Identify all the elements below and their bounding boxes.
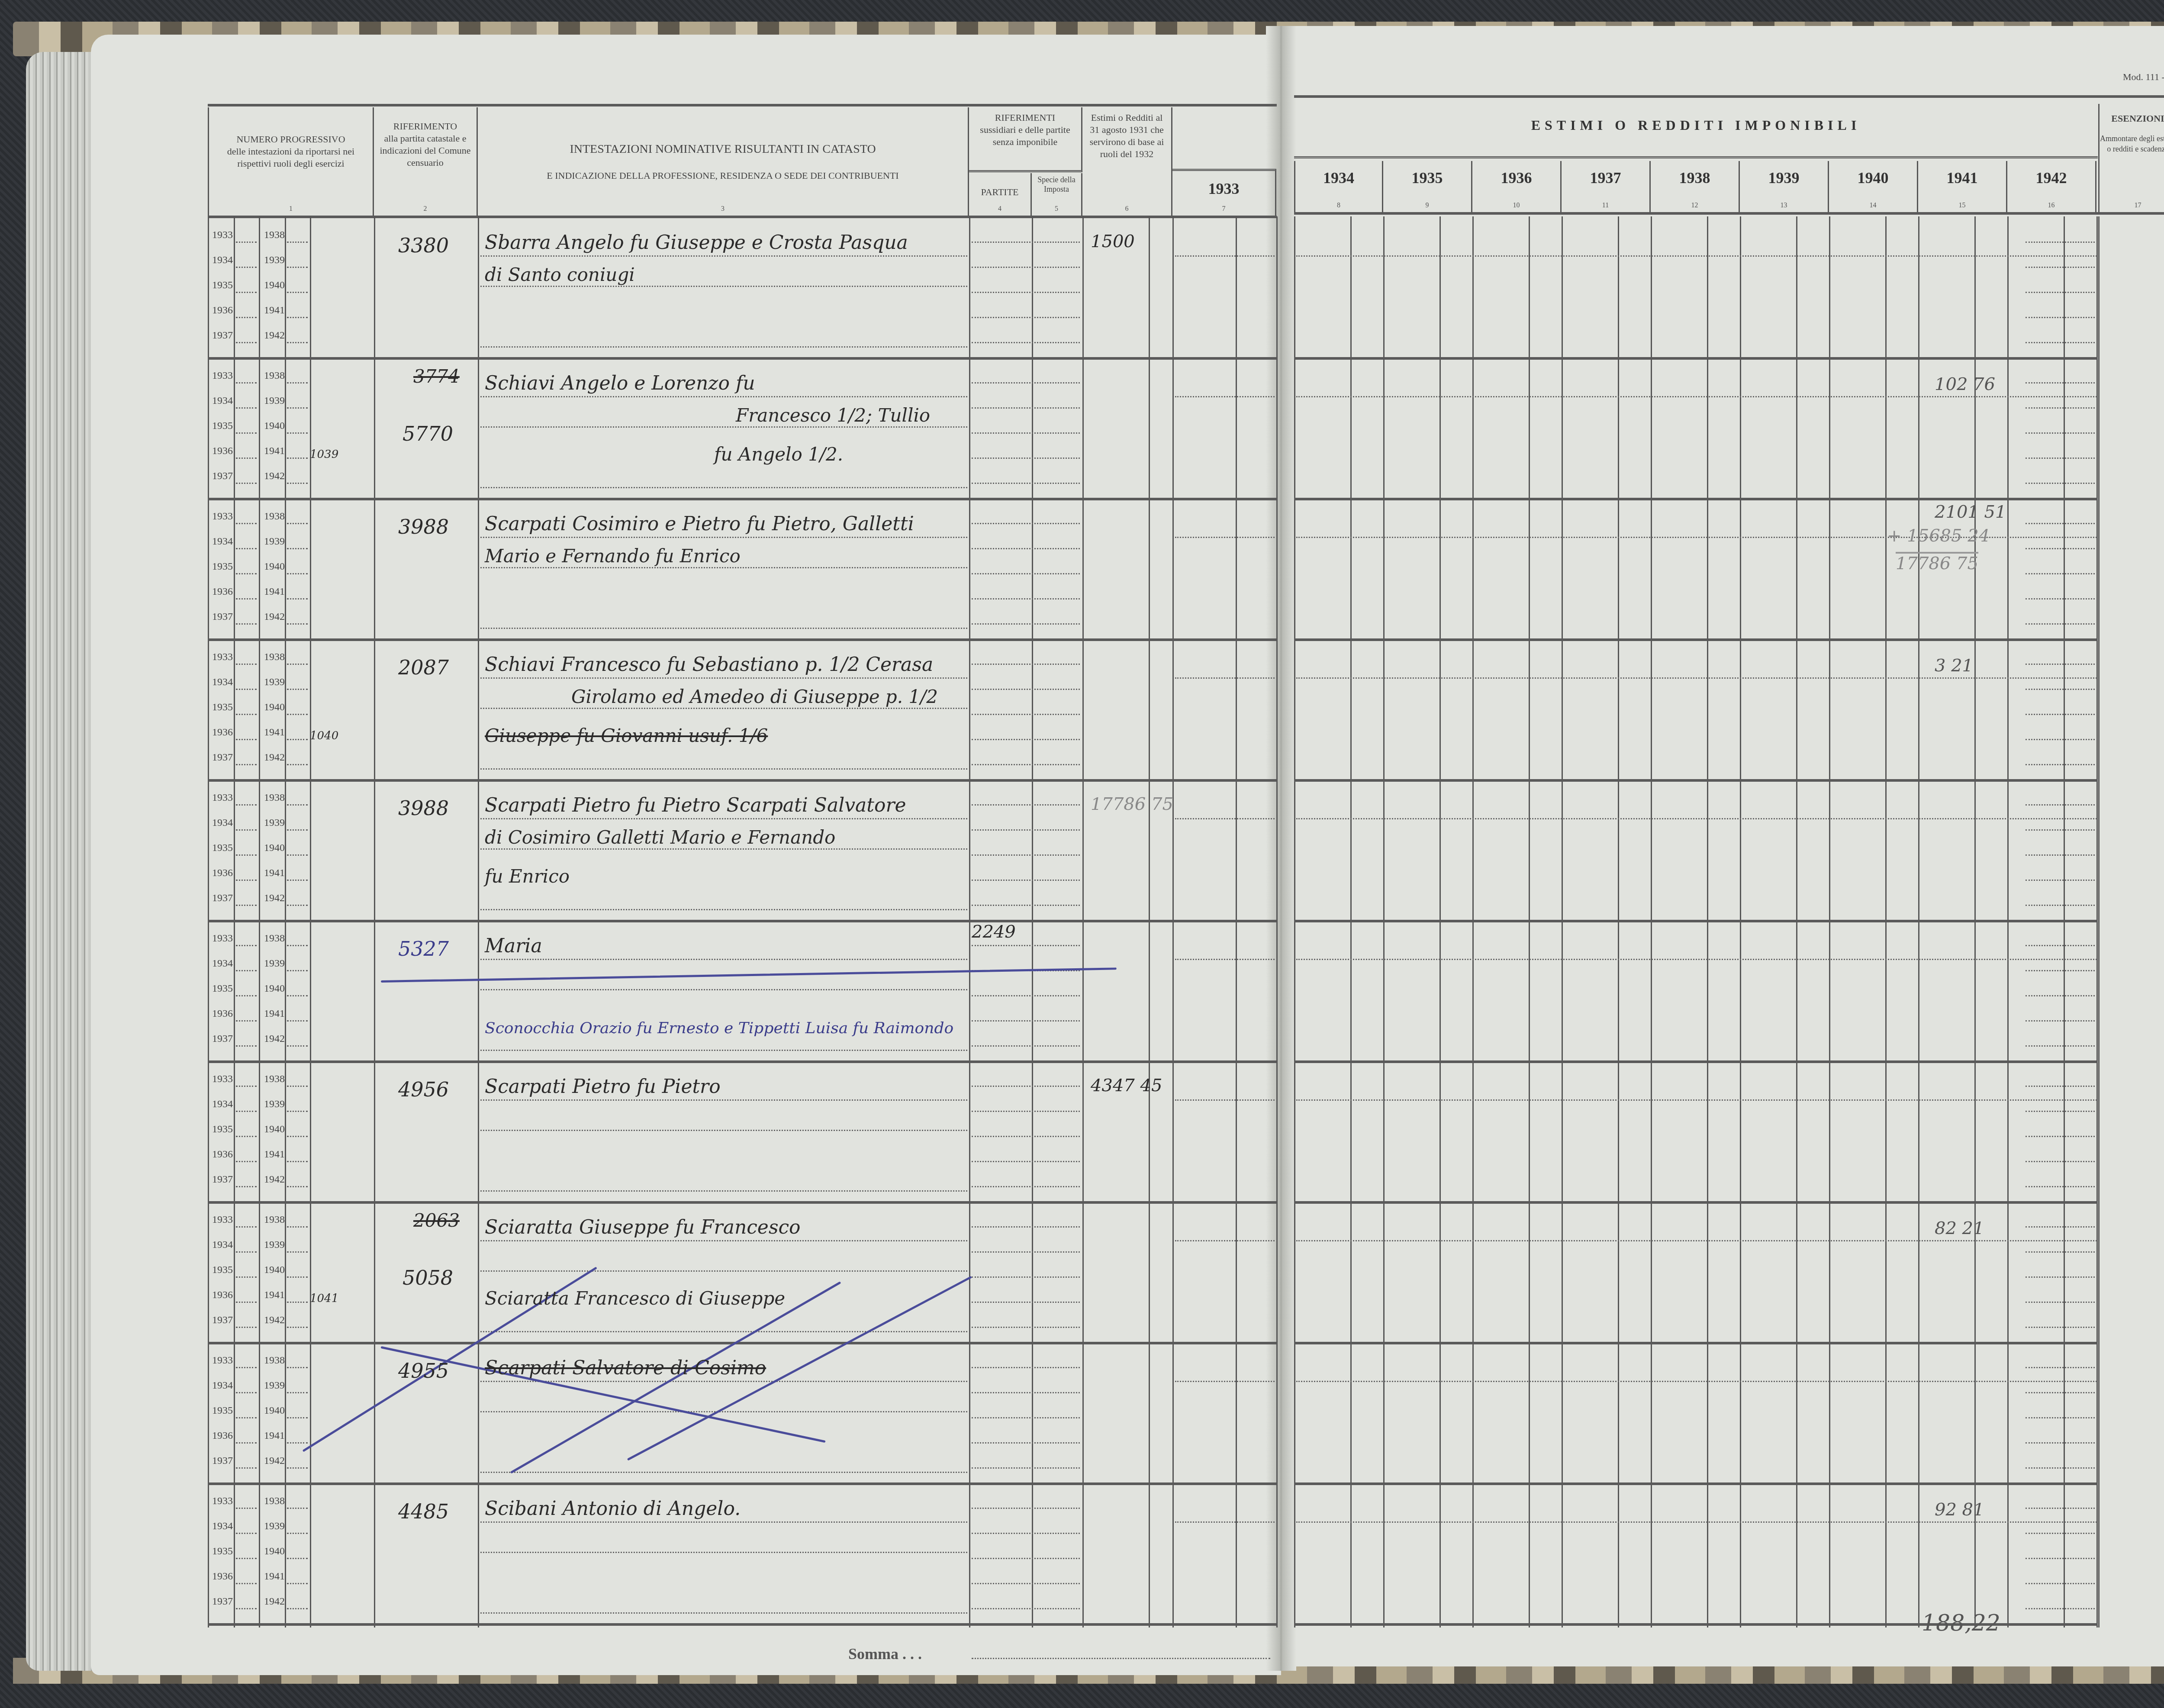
year-label-right: 1940 (264, 420, 285, 432)
leader-dots (2026, 382, 2095, 383)
year-label-left: 1937 (212, 1315, 233, 1326)
name-rule (480, 959, 967, 960)
leader-dots (972, 739, 1080, 740)
name-rule (480, 989, 967, 990)
leader-dots (236, 1111, 257, 1112)
amount-rule (1175, 255, 1275, 257)
partita-number: 2087 (398, 656, 449, 679)
leader-dots (236, 1442, 257, 1444)
intestazione-line-3: Sciaratta Francesco di Giuseppe (485, 1288, 785, 1309)
year-label-left: 1936 (212, 445, 233, 457)
leader-dots (972, 995, 1080, 996)
leader-dots (236, 623, 257, 625)
leader-dots (2026, 764, 2095, 765)
leader-dots (287, 1045, 308, 1047)
partita-number: 4485 (398, 1500, 449, 1523)
leader-dots (287, 573, 308, 574)
year-label-right: 1938 (264, 651, 285, 663)
leader-dots (287, 1417, 308, 1418)
leader-dots (287, 1302, 308, 1303)
leader-dots (236, 854, 257, 856)
amount-rule (1296, 1381, 2097, 1382)
year-label-left: 1935 (212, 983, 233, 995)
leader-dots (236, 523, 257, 524)
year-label-right: 1940 (264, 1264, 285, 1276)
leader-dots (972, 458, 1080, 459)
year-label-right: 1941 (264, 1289, 285, 1301)
name-rule (480, 708, 967, 709)
year-label-left: 1935 (212, 280, 233, 291)
row-separator (208, 638, 1277, 641)
year-label-right: 1942 (264, 1174, 285, 1186)
year-label-right: 1940 (264, 702, 285, 713)
year-label-right: 1942 (264, 1596, 285, 1608)
leader-dots (2026, 317, 2095, 318)
name-rule (480, 909, 967, 910)
leader-dots (2026, 598, 2095, 599)
row-separator (208, 1060, 1277, 1063)
leader-dots (2026, 432, 2095, 434)
leader-dots (972, 804, 1080, 806)
year-label-right: 1939 (264, 1380, 285, 1392)
leader-dots (236, 342, 257, 343)
leader-dots (236, 739, 257, 740)
year-label-right: 1941 (264, 1430, 285, 1442)
amount-rule (1175, 1521, 1275, 1523)
amount-1941-total: 17786 75 (1896, 552, 1978, 574)
partita-number: 5327 (398, 937, 449, 960)
leader-dots (972, 1367, 1080, 1368)
year-label-left: 1936 (212, 1289, 233, 1301)
header-year-1935: 19359 (1383, 161, 1472, 212)
year-label-left: 1935 (212, 1124, 233, 1135)
leader-dots (2026, 880, 2095, 881)
leader-dots (2026, 970, 2095, 971)
row-separator (1294, 1482, 2098, 1485)
leader-dots (2026, 1111, 2095, 1112)
leader-dots (972, 1442, 1080, 1444)
leader-dots (236, 598, 257, 599)
leader-dots (2026, 854, 2095, 856)
leader-dots (972, 1417, 1080, 1418)
form-title: Mod. 111 - Imposte Dirette (Intercalare)… (2123, 71, 2164, 83)
amount-rule (1175, 677, 1275, 679)
year-label-right: 1940 (264, 1546, 285, 1557)
leader-dots (972, 1533, 1080, 1534)
row-separator (208, 920, 1277, 922)
leader-dots (287, 1508, 308, 1509)
leader-dots (2026, 1226, 2095, 1228)
year-label-right: 1939 (264, 536, 285, 548)
leader-dots (2026, 407, 2095, 409)
year-label-left: 1934 (212, 395, 233, 407)
partita-struck: 2063 (413, 1210, 460, 1231)
name-rule (480, 628, 967, 629)
year-label-left: 1934 (212, 677, 233, 688)
year-label-right: 1941 (264, 1571, 285, 1582)
intestazione-line-1: Sbarra Angelo fu Giuseppe e Crosta Pasqu… (485, 232, 908, 254)
leader-dots (972, 432, 1080, 434)
leader-dots (2026, 1276, 2095, 1278)
leader-dots (972, 548, 1080, 549)
name-rule (480, 848, 967, 850)
leader-dots (287, 342, 308, 343)
amount-rule (1175, 1240, 1275, 1241)
name-rule (480, 768, 967, 770)
name-rule (480, 1240, 967, 1241)
row-separator (208, 1482, 1277, 1485)
leader-dots (236, 1392, 257, 1393)
leader-dots (236, 382, 257, 383)
leader-dots (287, 689, 308, 690)
year-label-right: 1940 (264, 561, 285, 573)
leader-dots (287, 1086, 308, 1087)
leader-dots (287, 292, 308, 293)
leader-dots (287, 523, 308, 524)
leader-dots (2026, 342, 2095, 343)
year-label-left: 1935 (212, 1264, 233, 1276)
leader-dots (287, 1136, 308, 1137)
estimo-1931: 17786 75 (1091, 794, 1173, 814)
name-rule (480, 567, 967, 568)
amount-rule (1296, 396, 2097, 397)
amount-rule (1296, 1240, 2097, 1241)
book-gutter (1266, 26, 1296, 1671)
leader-dots (972, 1045, 1080, 1047)
leader-dots (2026, 1086, 2095, 1087)
leader-dots (2026, 458, 2095, 459)
year-label-left: 1936 (212, 586, 233, 598)
name-rule (480, 1521, 967, 1523)
leader-dots (287, 1020, 308, 1022)
name-rule (480, 1612, 967, 1614)
amount-1941: 2101 51 (1935, 502, 2006, 522)
year-label-left: 1933 (212, 1495, 233, 1507)
leader-dots (287, 764, 308, 765)
intestazione-line-3: Giuseppe fu Giovanni usuf. 1/6 (485, 725, 768, 746)
leader-dots (287, 1392, 308, 1393)
leader-dots (236, 714, 257, 715)
year-label-right: 1938 (264, 933, 285, 944)
year-label-left: 1933 (212, 1214, 233, 1226)
year-label-left: 1934 (212, 1099, 233, 1110)
leader-dots (2026, 548, 2095, 549)
name-rule (480, 1472, 967, 1473)
leader-dots (972, 689, 1080, 690)
side-number: 1040 (310, 729, 338, 742)
year-label-left: 1937 (212, 1174, 233, 1186)
year-label-left: 1935 (212, 1405, 233, 1417)
leader-dots (236, 804, 257, 806)
leader-dots (2026, 945, 2095, 946)
header-numero-progressivo: NUMERO PROGRESSIVO delle intestazioni da… (208, 107, 374, 216)
year-label-left: 1933 (212, 933, 233, 944)
leader-dots (236, 483, 257, 484)
leader-dots (287, 407, 308, 409)
leader-dots (287, 1327, 308, 1328)
leader-dots (236, 905, 257, 906)
year-label-right: 1942 (264, 611, 285, 623)
year-label-right: 1939 (264, 958, 285, 970)
year-label-left: 1937 (212, 1596, 233, 1608)
year-label-left: 1936 (212, 1571, 233, 1582)
leader-dots (236, 664, 257, 665)
page-edges-left (26, 52, 95, 1671)
year-label-left: 1936 (212, 305, 233, 316)
year-label-left: 1933 (212, 229, 233, 241)
leader-dots (236, 1086, 257, 1087)
leader-dots (287, 267, 308, 268)
intestazione-line-1: Scarpati Salvatore di Cosimo (485, 1357, 766, 1379)
year-label-right: 1941 (264, 1008, 285, 1020)
leader-dots (287, 854, 308, 856)
leader-dots (972, 1558, 1080, 1559)
year-label-left: 1935 (212, 420, 233, 432)
leader-dots (972, 317, 1080, 318)
leader-dots (287, 880, 308, 881)
leader-dots (2026, 1583, 2095, 1584)
row-separator (1294, 638, 2098, 641)
leader-dots (287, 905, 308, 906)
leader-dots (287, 945, 308, 946)
year-label-right: 1940 (264, 1124, 285, 1135)
leader-dots (972, 829, 1080, 831)
leader-dots (972, 945, 1080, 946)
year-label-left: 1933 (212, 1355, 233, 1366)
leader-dots (2026, 623, 2095, 625)
amount-rule (1175, 1099, 1275, 1101)
leader-dots (236, 829, 257, 831)
partita-number: 4955 (398, 1359, 449, 1383)
leader-dots (236, 945, 257, 946)
leader-dots (2026, 1020, 2095, 1022)
side-number: 1039 (310, 448, 338, 461)
year-label-right: 1940 (264, 842, 285, 854)
row-separator (208, 779, 1277, 782)
amount-1941: 82 21 (1935, 1218, 1984, 1238)
leader-dots (2026, 523, 2095, 524)
partita-number: 5770 (403, 422, 453, 445)
amount-rule (1175, 959, 1275, 960)
leader-dots (972, 854, 1080, 856)
leader-dots (287, 970, 308, 971)
leader-dots (236, 1583, 257, 1584)
year-label-right: 1938 (264, 792, 285, 804)
leader-dots (236, 292, 257, 293)
amount-1941-addend: + 15685 24 (1887, 526, 1990, 546)
amount-rule (1296, 255, 2097, 257)
intestazione-line-2: di Cosimiro Galletti Mario e Fernando (485, 827, 835, 848)
leader-dots (287, 995, 308, 996)
leader-dots (287, 382, 308, 383)
leader-dots (287, 1251, 308, 1253)
year-label-right: 1941 (264, 867, 285, 879)
leader-dots (287, 1467, 308, 1469)
year-label-left: 1935 (212, 842, 233, 854)
year-label-left: 1933 (212, 651, 233, 663)
leader-dots (236, 995, 257, 996)
leader-dots (236, 1186, 257, 1187)
leader-dots (287, 1442, 308, 1444)
leader-dots (972, 1251, 1080, 1253)
year-label-right: 1939 (264, 817, 285, 829)
leader-dots (2026, 905, 2095, 906)
leader-dots (287, 458, 308, 459)
leader-dots (972, 1508, 1080, 1509)
name-rule (480, 1130, 967, 1131)
total-1941: 188,22 (1922, 1610, 2000, 1636)
leader-dots (287, 242, 308, 243)
year-label-left: 1937 (212, 1455, 233, 1467)
year-label-right: 1941 (264, 305, 285, 316)
leader-dots (236, 1367, 257, 1368)
intestazione-line-2: Girolamo ed Amedeo di Giuseppe p. 1/2 (571, 686, 938, 707)
intestazione-line-1: Schiavi Angelo e Lorenzo fu (485, 372, 755, 394)
name-rule (480, 1411, 967, 1412)
header-year-1937: 193711 (1562, 161, 1651, 212)
leader-dots (287, 598, 308, 599)
partita-number: 4956 (398, 1078, 449, 1101)
header-intestazioni: INTESTAZIONI NOMINATIVE RISULTANTI IN CA… (478, 107, 969, 216)
year-label-right: 1938 (264, 511, 285, 522)
header-riferimenti-sussidiari: RIFERIMENTI sussidiari e delle partite s… (969, 107, 1082, 172)
year-label-left: 1934 (212, 255, 233, 266)
leader-dots (287, 714, 308, 715)
year-label-right: 1942 (264, 752, 285, 764)
leader-dots (2026, 739, 2095, 740)
leader-dots (972, 1086, 1080, 1087)
name-rule (480, 1331, 967, 1332)
leader-dots (287, 1276, 308, 1278)
year-label-left: 1934 (212, 958, 233, 970)
row-separator (208, 357, 1277, 360)
row-separator (1294, 920, 2098, 922)
leader-dots (236, 1302, 257, 1303)
leader-dots (287, 1608, 308, 1609)
column-rule (2098, 216, 2100, 1627)
leader-dots (287, 1583, 308, 1584)
year-label-left: 1936 (212, 1149, 233, 1160)
amount-rule (1175, 537, 1275, 538)
leader-dots (236, 1417, 257, 1418)
leader-dots (287, 483, 308, 484)
header-esenzioni: ESENZIONI Ammontare degli estimi o reddi… (2098, 104, 2164, 212)
year-label-left: 1935 (212, 561, 233, 573)
leader-dots (236, 432, 257, 434)
header-year-1941: 194115 (1918, 161, 2007, 212)
leader-dots (2026, 689, 2095, 690)
leader-dots (236, 1045, 257, 1047)
year-label-left: 1936 (212, 1430, 233, 1442)
side-number: 1041 (310, 1292, 338, 1305)
leader-dots (2026, 267, 2095, 268)
leader-dots (972, 342, 1080, 343)
amount-rule (1296, 818, 2097, 819)
year-label-left: 1937 (212, 752, 233, 764)
year-label-left: 1934 (212, 817, 233, 829)
leader-dots (972, 1608, 1080, 1609)
amount-rule (1296, 677, 2097, 679)
leader-dots (2026, 714, 2095, 715)
header-year-1940: 194014 (1829, 161, 1918, 212)
leader-dots (236, 267, 257, 268)
year-label-left: 1936 (212, 1008, 233, 1020)
name-rule (480, 537, 967, 538)
year-label-left: 1935 (212, 1546, 233, 1557)
leader-dots (236, 764, 257, 765)
leader-dots (972, 382, 1080, 383)
leader-dots (236, 1226, 257, 1228)
year-label-left: 1934 (212, 1380, 233, 1392)
name-rule (480, 396, 967, 397)
leader-dots (972, 664, 1080, 665)
amount-rule (1296, 959, 2097, 960)
year-label-right: 1938 (264, 1073, 285, 1085)
leader-dots (287, 664, 308, 665)
leader-dots (972, 292, 1080, 293)
leader-dots (2026, 1186, 2095, 1187)
leader-dots (972, 1392, 1080, 1393)
header-riferimento: RIFERIMENTO alla partita catastale e ind… (374, 107, 478, 216)
leader-dots (236, 1467, 257, 1469)
leader-dots (236, 880, 257, 881)
leader-dots (972, 1186, 1080, 1187)
leader-dots (287, 1367, 308, 1368)
leader-dots (236, 573, 257, 574)
leader-dots (2026, 1508, 2095, 1509)
name-rule (480, 346, 967, 348)
somma-label: Somma . . . (848, 1645, 922, 1663)
leader-dots (972, 1302, 1080, 1303)
leader-dots (236, 689, 257, 690)
name-rule (480, 677, 967, 679)
year-label-left: 1936 (212, 867, 233, 879)
intestazione-line-2: di Santo coniugi (485, 264, 635, 285)
leader-dots (2026, 242, 2095, 243)
leader-dots (2026, 483, 2095, 484)
name-rule (480, 255, 967, 257)
leader-dots (972, 1467, 1080, 1469)
amount-1941: 3 21 (1935, 656, 1973, 676)
leader-dots (2026, 1045, 2095, 1047)
leader-dots (2026, 573, 2095, 574)
amount-1941: 92 81 (1935, 1500, 1984, 1520)
leader-dots (287, 1533, 308, 1534)
intestazione-line-1: Scibani Antonio di Angelo. (485, 1498, 741, 1520)
leader-dots (236, 970, 257, 971)
name-rule (480, 818, 967, 819)
year-label-left: 1936 (212, 727, 233, 738)
leader-dots (972, 1583, 1080, 1584)
year-label-left: 1937 (212, 330, 233, 342)
amount-rule (1175, 1381, 1275, 1382)
leader-dots (287, 1226, 308, 1228)
leader-dots (2026, 995, 2095, 996)
leader-dots (972, 523, 1080, 524)
leader-dots (2026, 829, 2095, 831)
year-label-left: 1934 (212, 1239, 233, 1251)
year-label-right: 1939 (264, 395, 285, 407)
header-1933: 1933 7 (1172, 169, 1276, 216)
intestazione-line-1: Maria (485, 935, 542, 957)
leader-dots (972, 483, 1080, 484)
header-year-1936: 193610 (1472, 161, 1562, 212)
leader-dots (972, 1136, 1080, 1137)
leader-dots (287, 548, 308, 549)
leader-dots (236, 1558, 257, 1559)
leader-dots (2026, 1417, 2095, 1418)
year-label-left: 1933 (212, 370, 233, 382)
